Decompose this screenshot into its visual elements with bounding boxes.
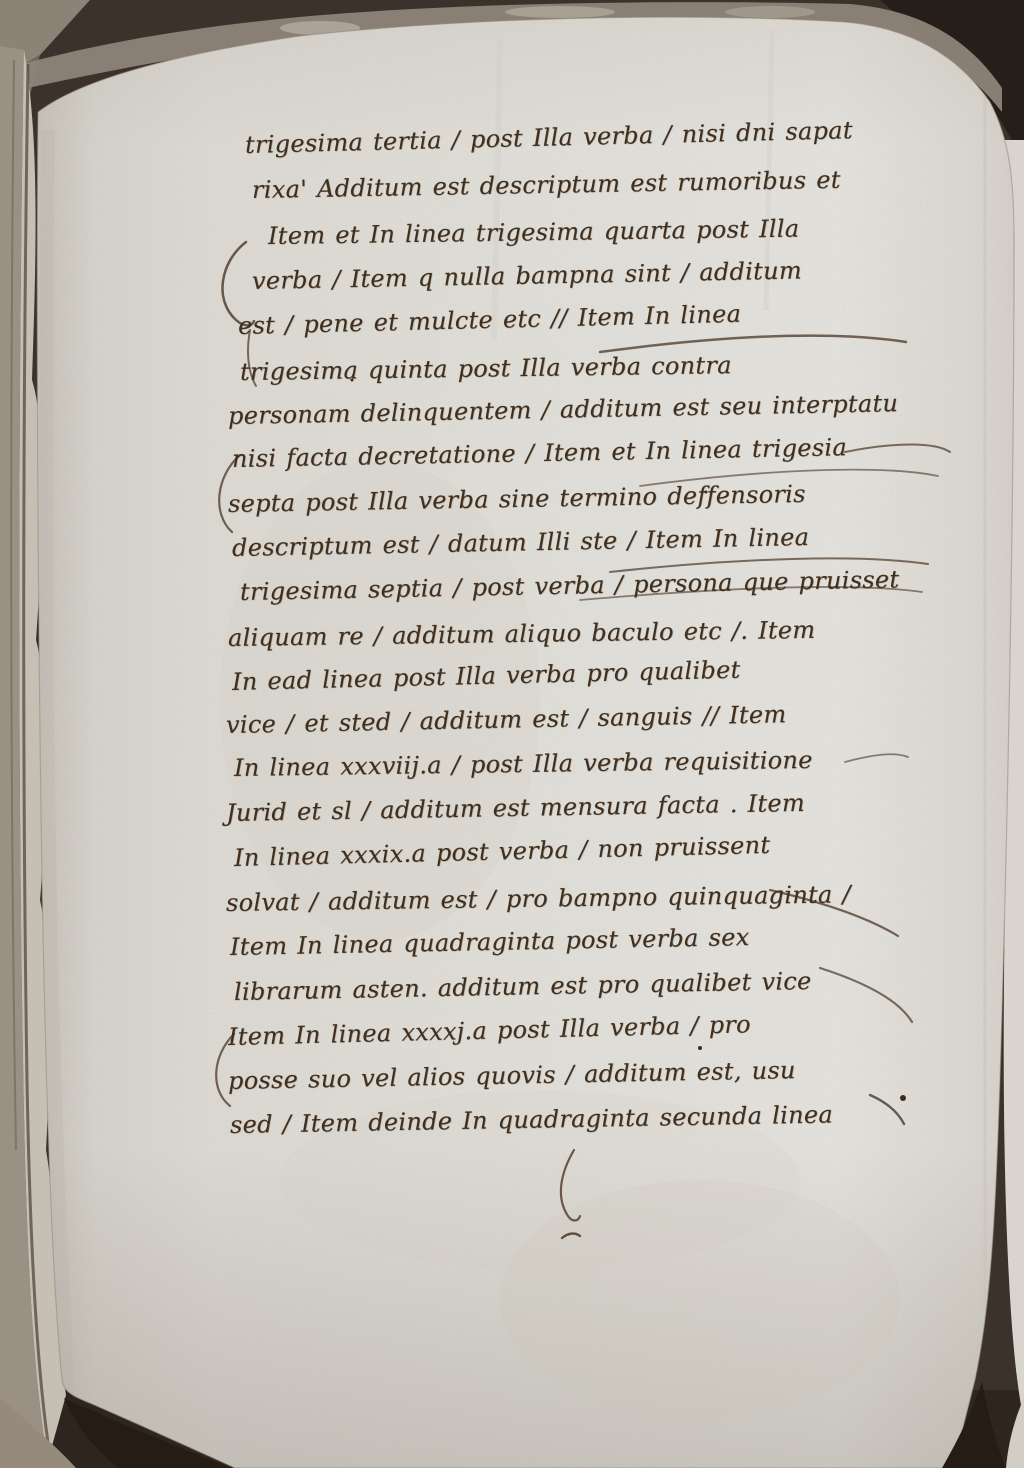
page-background: [0, 0, 1024, 1468]
manuscript-leaf: [0, 0, 1024, 1468]
manuscript-photo: trigesima tertia / post Illa verba / nis…: [0, 0, 1024, 1468]
